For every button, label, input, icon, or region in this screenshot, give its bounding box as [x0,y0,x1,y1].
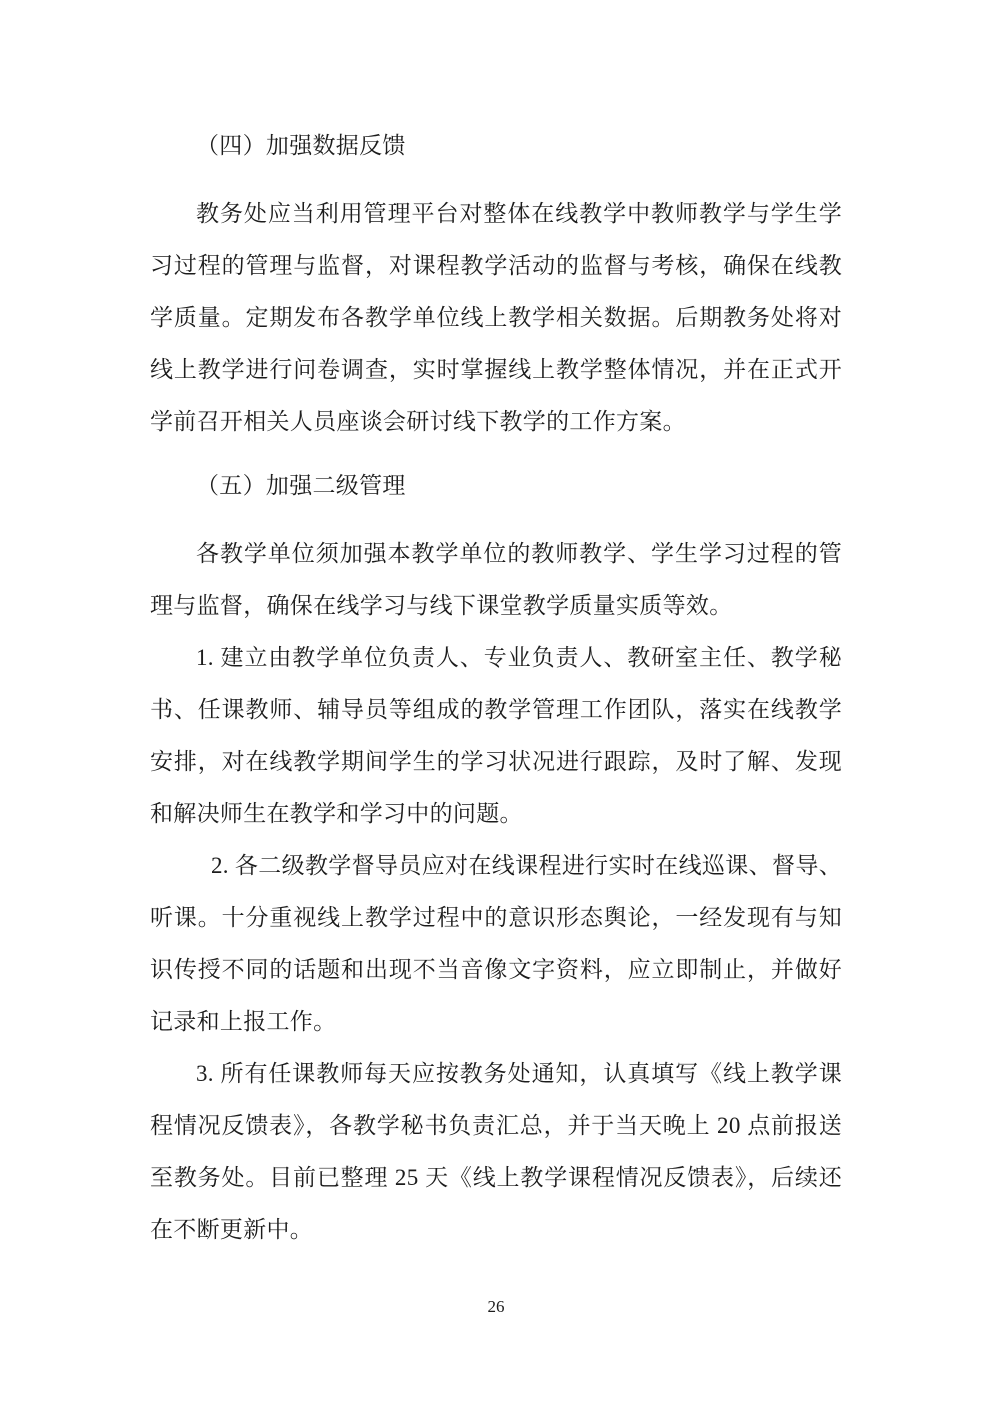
page-number: 26 [0,1294,992,1320]
document-page: （四）加强数据反馈 教务处应当利用管理平台对整体在线教学中教师教学与学生学习过程… [0,0,992,1403]
section-heading-4: （四）加强数据反馈 [150,120,842,172]
section-heading-5: （五）加强二级管理 [150,460,842,512]
list-item-2: 2. 各二级教学督导员应对在线课程进行实时在线巡课、督导、听课。十分重视线上教学… [150,840,842,1048]
paragraph-data-feedback: 教务处应当利用管理平台对整体在线教学中教师教学与学生学习过程的管理与监督，对课程… [150,188,842,448]
document-body: （四）加强数据反馈 教务处应当利用管理平台对整体在线教学中教师教学与学生学习过程… [150,120,842,1256]
list-item-3: 3. 所有任课教师每天应按教务处通知，认真填写《线上教学课程情况反馈表》，各教学… [150,1048,842,1256]
list-item-1: 1. 建立由教学单位负责人、专业负责人、教研室主任、教学秘书、任课教师、辅导员等… [150,632,842,840]
paragraph-secondary-management: 各教学单位须加强本教学单位的教师教学、学生学习过程的管理与监督，确保在线学习与线… [150,528,842,632]
